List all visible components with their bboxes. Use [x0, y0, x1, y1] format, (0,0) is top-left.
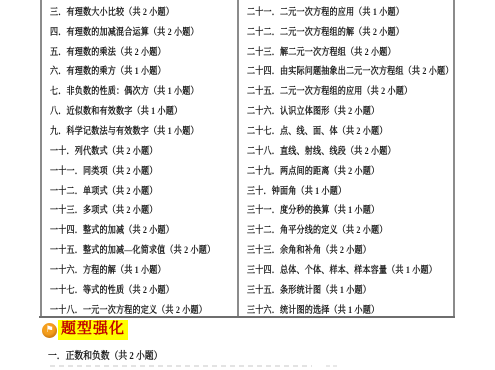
- toc-item: 二十八．直线、射线、线段（共 2 小题）: [247, 140, 452, 160]
- toc-item-text: 一十七．等式的性质（共 2 小题）: [50, 282, 174, 296]
- toc-item-text: 三十五．条形统计图（共 1 小题）: [247, 282, 371, 296]
- toc-item-text: 二十九．两点间的距离（共 2 小题）: [247, 163, 379, 177]
- toc-item-text: 三十三．余角和补角（共 2 小题）: [247, 242, 371, 256]
- toc-item: 二十五．二元一次方程组的应用（共 2 小题）: [247, 80, 452, 100]
- toc-item: 一十．列代数式（共 2 小题）: [50, 140, 236, 160]
- toc-item: 九．科学记数法与有效数字（共 1 小题）: [50, 120, 236, 140]
- clipped-text-line-2: [326, 365, 340, 368]
- toc-item-text: 八．近似数和有效数字（共 1 小题）: [50, 103, 182, 117]
- toc-item-text: 九．科学记数法与有效数字（共 1 小题）: [50, 123, 199, 137]
- toc-item: 三十三．余角和补角（共 2 小题）: [247, 239, 452, 259]
- toc-item: 二十三．解二元一次方程组（共 2 小题）: [247, 41, 452, 61]
- toc-item: 三十二．角平分线的定义（共 2 小题）: [247, 219, 452, 239]
- toc-item: 一十一．同类项（共 2 小题）: [50, 160, 236, 180]
- toc-item: 一十八．一元一次方程的定义（共 2 小题）: [50, 299, 236, 319]
- toc-item-text: 二十四．由实际问题抽象出二元一次方程组（共 2 小题）: [247, 63, 453, 77]
- toc-item-text: 三十二．角平分线的定义（共 2 小题）: [247, 222, 388, 236]
- toc-item-text: 一十．列代数式（共 2 小题）: [50, 143, 158, 157]
- toc-item: 三十五．条形统计图（共 1 小题）: [247, 279, 452, 299]
- section-title: 题型强化: [58, 320, 128, 340]
- section-heading: ⚑ 题型强化: [42, 320, 128, 340]
- toc-item-text: 三十六．统计图的选择（共 1 小题）: [247, 302, 379, 316]
- toc-item: 二十六．认识立体图形（共 2 小题）: [247, 100, 452, 120]
- toc-item: 七．非负数的性质：偶次方（共 1 小题）: [50, 80, 236, 100]
- toc-item-text: 二十七．点、线、面、体（共 2 小题）: [247, 123, 388, 137]
- toc-item: 二十九．两点间的距离（共 2 小题）: [247, 160, 452, 180]
- toc-left-column: 三．有理数大小比较（共 2 小题）四．有理数的加减混合运算（共 2 小题）五．有…: [50, 1, 236, 319]
- toc-item-text: 四．有理数的加减混合运算（共 2 小题）: [50, 24, 199, 38]
- toc-item-text: 二十二．二元一次方程组的解（共 2 小题）: [247, 24, 404, 38]
- toc-item: 三．有理数大小比较（共 2 小题）: [50, 1, 236, 21]
- toc-item: 五．有理数的乘法（共 2 小题）: [50, 41, 236, 61]
- table-border-middle: [237, 0, 239, 317]
- toc-item: 二十二．二元一次方程组的解（共 2 小题）: [247, 21, 452, 41]
- flag-icon: ⚑: [42, 323, 57, 338]
- toc-item: 三十．钟面角（共 1 小题）: [247, 180, 452, 200]
- toc-item: 四．有理数的加减混合运算（共 2 小题）: [50, 21, 236, 41]
- toc-item-text: 二十三．解二元一次方程组（共 2 小题）: [247, 44, 396, 58]
- toc-item-text: 一十二．单项式（共 2 小题）: [50, 183, 158, 197]
- toc-item-text: 一十六．方程的解（共 1 小题）: [50, 262, 166, 276]
- document-page: 三．有理数大小比较（共 2 小题）四．有理数的加减混合运算（共 2 小题）五．有…: [0, 0, 495, 370]
- toc-item: 一十二．单项式（共 2 小题）: [50, 180, 236, 200]
- toc-item-text: 一十八．一元一次方程的定义（共 2 小题）: [50, 302, 207, 316]
- toc-item-text: 三．有理数大小比较（共 2 小题）: [50, 4, 174, 18]
- first-subtopic: 一．正数和负数（共 2 小题）: [48, 346, 178, 364]
- toc-item: 八．近似数和有效数字（共 1 小题）: [50, 100, 236, 120]
- toc-item: 三十一．度分秒的换算（共 1 小题）: [247, 199, 452, 219]
- toc-item-text: 三十．钟面角（共 1 小题）: [247, 183, 346, 197]
- toc-item: 一十四．整式的加减（共 2 小题）: [50, 219, 236, 239]
- toc-item: 三十六．统计图的选择（共 1 小题）: [247, 299, 452, 319]
- toc-item: 二十一．二元一次方程的应用（共 1 小题）: [247, 1, 452, 21]
- toc-item-text: 一十一．同类项（共 2 小题）: [50, 163, 158, 177]
- toc-item: 六．有理数的乘方（共 1 小题）: [50, 61, 236, 81]
- toc-item-text: 三十一．度分秒的换算（共 1 小题）: [247, 202, 379, 216]
- toc-item: 一十六．方程的解（共 1 小题）: [50, 259, 236, 279]
- toc-item-text: 二十五．二元一次方程组的应用（共 2 小题）: [247, 83, 412, 97]
- toc-item-text: 二十八．直线、射线、线段（共 2 小题）: [247, 143, 396, 157]
- toc-right-column: 二十一．二元一次方程的应用（共 1 小题）二十二．二元一次方程组的解（共 2 小…: [247, 1, 452, 319]
- toc-item-text: 五．有理数的乘法（共 2 小题）: [50, 44, 166, 58]
- toc-item-text: 三十四．总体、个体、样本、样本容量（共 1 小题）: [247, 262, 437, 276]
- toc-item: 一十三．多项式（共 2 小题）: [50, 199, 236, 219]
- toc-item-text: 一十五．整式的加减—化简求值（共 2 小题）: [50, 242, 215, 256]
- toc-item-text: 二十六．认识立体图形（共 2 小题）: [247, 103, 379, 117]
- toc-item: 三十四．总体、个体、样本、样本容量（共 1 小题）: [247, 259, 452, 279]
- toc-item: 二十四．由实际问题抽象出二元一次方程组（共 2 小题）: [247, 61, 452, 81]
- toc-item-text: 七．非负数的性质：偶次方（共 1 小题）: [50, 83, 199, 97]
- table-border-right: [453, 0, 455, 317]
- toc-item: 一十七．等式的性质（共 2 小题）: [50, 279, 236, 299]
- toc-item-text: 六．有理数的乘方（共 1 小题）: [50, 63, 166, 77]
- toc-item: 一十五．整式的加减—化简求值（共 2 小题）: [50, 239, 236, 259]
- toc-item-text: 二十一．二元一次方程的应用（共 1 小题）: [247, 4, 404, 18]
- toc-item-text: 一十三．多项式（共 2 小题）: [50, 202, 158, 216]
- toc-item-text: 一十四．整式的加减（共 2 小题）: [50, 222, 174, 236]
- clipped-text-line: [50, 365, 312, 368]
- toc-item: 二十七．点、线、面、体（共 2 小题）: [247, 120, 452, 140]
- first-subtopic-text: 一．正数和负数（共 2 小题）: [48, 347, 162, 362]
- table-border-left: [40, 0, 42, 317]
